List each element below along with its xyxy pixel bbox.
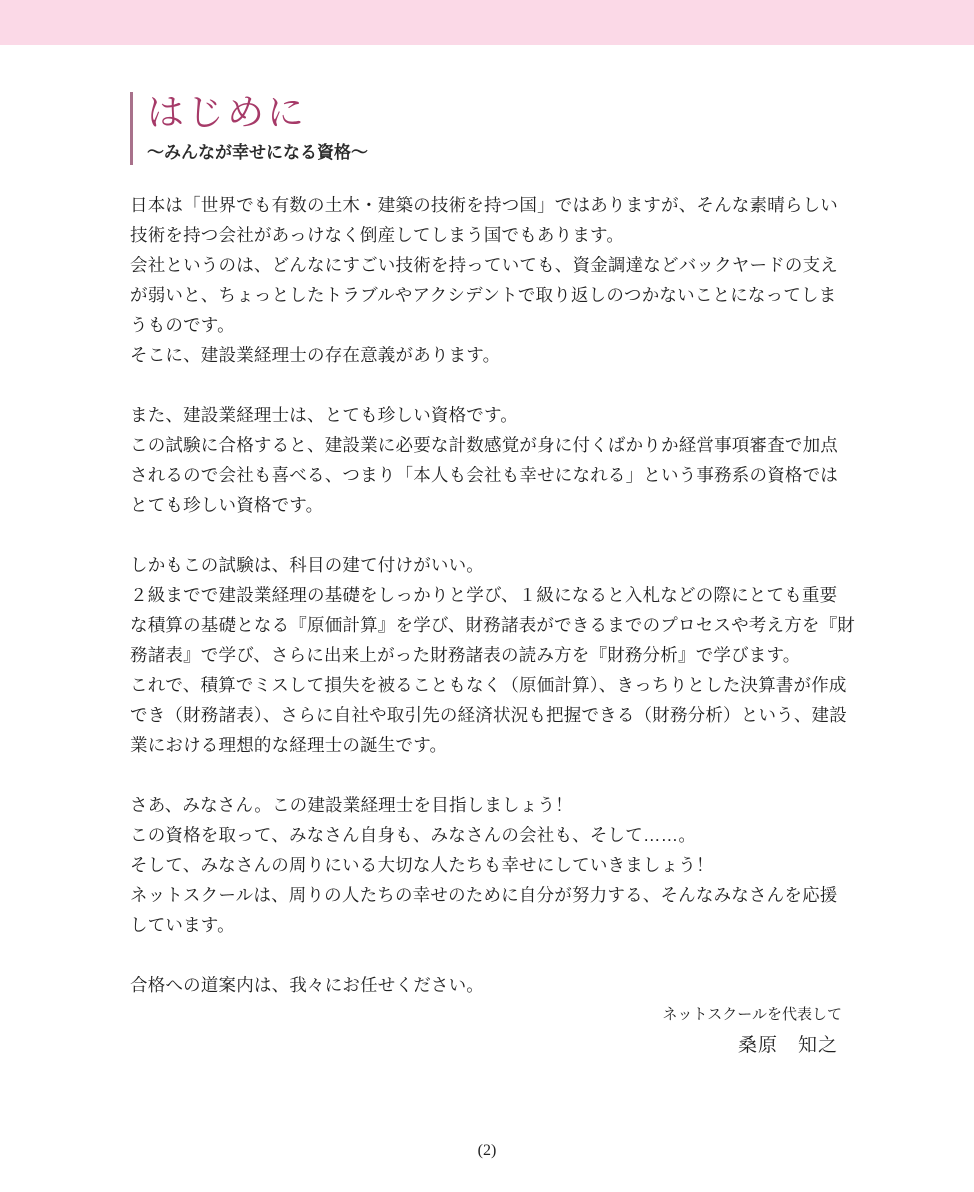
paragraph: また、建設業経理士は、とても珍しい資格です。この試験に合格すると、建設業に必要な… xyxy=(130,400,848,520)
text-line: しています。 xyxy=(130,910,848,940)
paragraph: 日本は「世界でも有数の土木・建築の技術を持つ国」ではありますが、そんな素晴らしい… xyxy=(130,190,848,370)
text-line: さあ、みなさん。この建設業経理士を目指しましょう！ xyxy=(130,790,848,820)
text-line: ネットスクールは、周りの人たちの幸せのために自分が努力する、そんなみなさんを応援 xyxy=(130,880,848,910)
text-line: ２級までで建設業経理の基礎をしっかりと学び、１級になると入札などの際にとても重要 xyxy=(130,580,848,610)
text-line: 会社というのは、どんなにすごい技術を持っていても、資金調達などバックヤードの支え xyxy=(130,250,848,280)
text-line: な積算の基礎となる『原価計算』を学び、財務諸表ができるまでのプロセスや考え方を『… xyxy=(130,610,848,640)
signature-block: ネットスクールを代表して 桑原 知之 xyxy=(130,1000,848,1062)
body-paragraphs: 日本は「世界でも有数の土木・建築の技術を持つ国」ではありますが、そんな素晴らしい… xyxy=(130,190,848,1000)
text-line: この資格を取って、みなさん自身も、みなさんの会社も、そして……。 xyxy=(130,820,848,850)
page-number: (2) xyxy=(0,1142,974,1160)
text-line: うものです。 xyxy=(130,310,848,340)
paragraph: さあ、みなさん。この建設業経理士を目指しましょう！この資格を取って、みなさん自身… xyxy=(130,790,848,940)
signature-name: 桑原 知之 xyxy=(130,1030,848,1062)
text-line: しかもこの試験は、科目の建て付けがいい。 xyxy=(130,550,848,580)
text-line: が弱いと、ちょっとしたトラブルやアクシデントで取り返しのつかないことになってしま xyxy=(130,280,848,310)
title-block: はじめに ～みんなが幸せになる資格～ xyxy=(130,92,848,165)
content-area: はじめに ～みんなが幸せになる資格～ 日本は「世界でも有数の土木・建築の技術を持… xyxy=(130,45,848,1062)
page-subtitle: ～みんなが幸せになる資格～ xyxy=(147,141,848,165)
text-line: 合格への道案内は、我々にお任せください。 xyxy=(130,970,848,1000)
text-line: 日本は「世界でも有数の土木・建築の技術を持つ国」ではありますが、そんな素晴らしい xyxy=(130,190,848,220)
document-page: { "colors": { "header_band": "#fbd9e7", … xyxy=(0,0,974,1192)
text-line: これで、積算でミスして損失を被ることもなく（原価計算）、きっちりとした決算書が作… xyxy=(130,670,848,700)
text-line: でき（財務諸表）、さらに自社や取引先の経済状況も把握できる（財務分析）という、建… xyxy=(130,700,848,730)
text-line: とても珍しい資格です。 xyxy=(130,490,848,520)
header-band xyxy=(0,0,974,45)
text-line: そこに、建設業経理士の存在意義があります。 xyxy=(130,340,848,370)
text-line: そして、みなさんの周りにいる大切な人たちも幸せにしていきましょう！ xyxy=(130,850,848,880)
text-line: この試験に合格すると、建設業に必要な計数感覚が身に付くばかりか経営事項審査で加点 xyxy=(130,430,848,460)
paragraph: 合格への道案内は、我々にお任せください。 xyxy=(130,970,848,1000)
text-line: また、建設業経理士は、とても珍しい資格です。 xyxy=(130,400,848,430)
paragraph: しかもこの試験は、科目の建て付けがいい。２級までで建設業経理の基礎をしっかりと学… xyxy=(130,550,848,760)
text-line: されるので会社も喜べる、つまり「本人も会社も幸せになれる」という事務系の資格では xyxy=(130,460,848,490)
signature-role: ネットスクールを代表して xyxy=(130,1000,848,1030)
text-line: 務諸表』で学び、さらに出来上がった財務諸表の読み方を『財務分析』で学びます。 xyxy=(130,640,848,670)
text-line: 業における理想的な経理士の誕生です。 xyxy=(130,730,848,760)
text-line: 技術を持つ会社があっけなく倒産してしまう国でもあります。 xyxy=(130,220,848,250)
page-title: はじめに xyxy=(147,92,848,134)
